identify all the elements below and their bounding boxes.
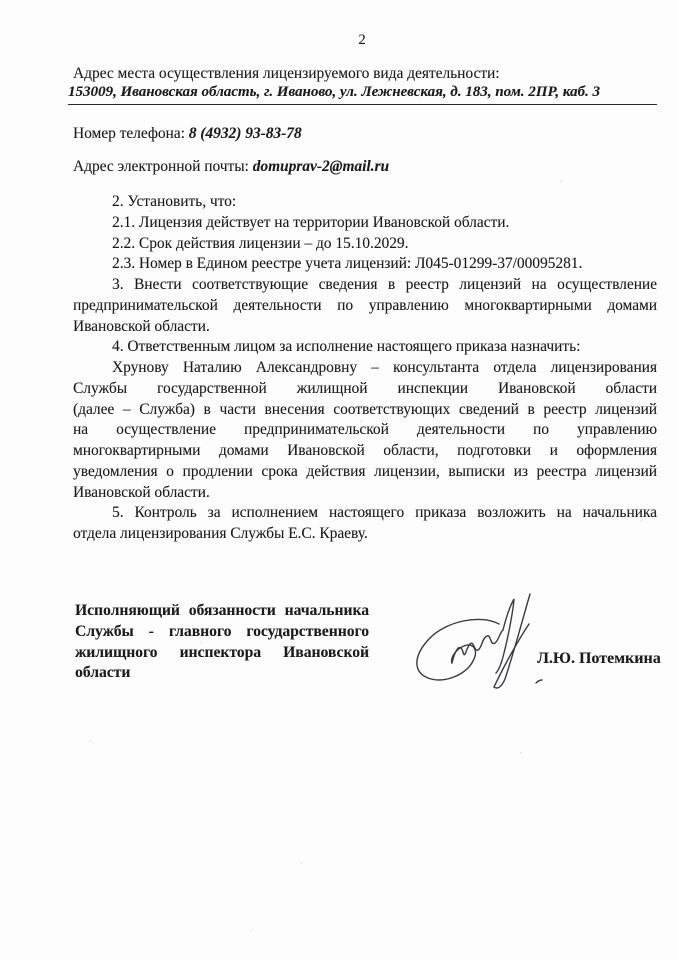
signatory-title-line: Исполняющий обязанности начальника (75, 601, 369, 622)
email-line: Адрес электронной почты: domuprav-2@mail… (73, 157, 389, 177)
body-line: 5. Контроль за исполнением настоящего пр… (73, 503, 657, 524)
phone-value: 8 (4932) 93-83-78 (189, 125, 302, 142)
body-line: предпринимательской деятельности по упра… (73, 296, 657, 317)
body-line: (далее – Служба) в части внесения соотве… (73, 400, 657, 421)
body-line: уведомления о продлении срока действия л… (73, 462, 657, 483)
body-line: 2. Установить, что: (73, 192, 657, 213)
signatory-title-line: жилищного инспектора Ивановской (75, 643, 369, 664)
scan-speckles (0, 0, 2, 2)
document-page: 2 Адрес места осуществления лицензируемо… (0, 0, 678, 960)
signatory-title: Исполняющий обязанности начальникаСлужбы… (75, 601, 369, 684)
signatory-title-line: области (75, 663, 369, 684)
signatory-title-line: Службы - главного государственного (75, 622, 369, 643)
email-label: Адрес электронной почты: (73, 158, 249, 175)
signatory-name: Л.Ю. Потемкина (537, 650, 661, 668)
phone-line: Номер телефона: 8 (4932) 93-83-78 (73, 124, 302, 144)
body-line: Хрунову Наталию Александровну – консульт… (73, 358, 657, 379)
activity-address-label: Адрес места осуществления лицензируемого… (73, 64, 663, 84)
page-number: 2 (0, 32, 678, 49)
body-line: Службы государственной жилищной инспекци… (73, 379, 657, 400)
body-line: на осуществление предпринимательской дея… (73, 420, 657, 441)
body-line: 2.3. Номер в Едином реестре учета лиценз… (73, 254, 657, 275)
body-line: 2.1. Лицензия действует на территории Ив… (73, 213, 657, 234)
body-line: Ивановской области. (73, 317, 657, 338)
body-line: 2.2. Срок действия лицензии – до 15.10.2… (73, 234, 657, 255)
body-line: отдела лицензирования Службы Е.С. Краеву… (73, 524, 657, 545)
document-body: 2. Установить, что:2.1. Лицензия действу… (73, 192, 657, 545)
phone-label: Номер телефона: (73, 125, 185, 142)
email-value: domuprav-2@mail.ru (253, 158, 389, 175)
body-line: Ивановской области. (73, 483, 657, 504)
handwritten-signature-icon (406, 590, 546, 695)
body-line: 3. Внести соответствующие сведения в рее… (73, 275, 657, 296)
body-line: многоквартирными домами Ивановской облас… (73, 441, 657, 462)
body-line: 4. Ответственным лицом за исполнение нас… (73, 337, 657, 358)
activity-address-value: 153009, Ивановская область, г. Иваново, … (68, 84, 657, 105)
